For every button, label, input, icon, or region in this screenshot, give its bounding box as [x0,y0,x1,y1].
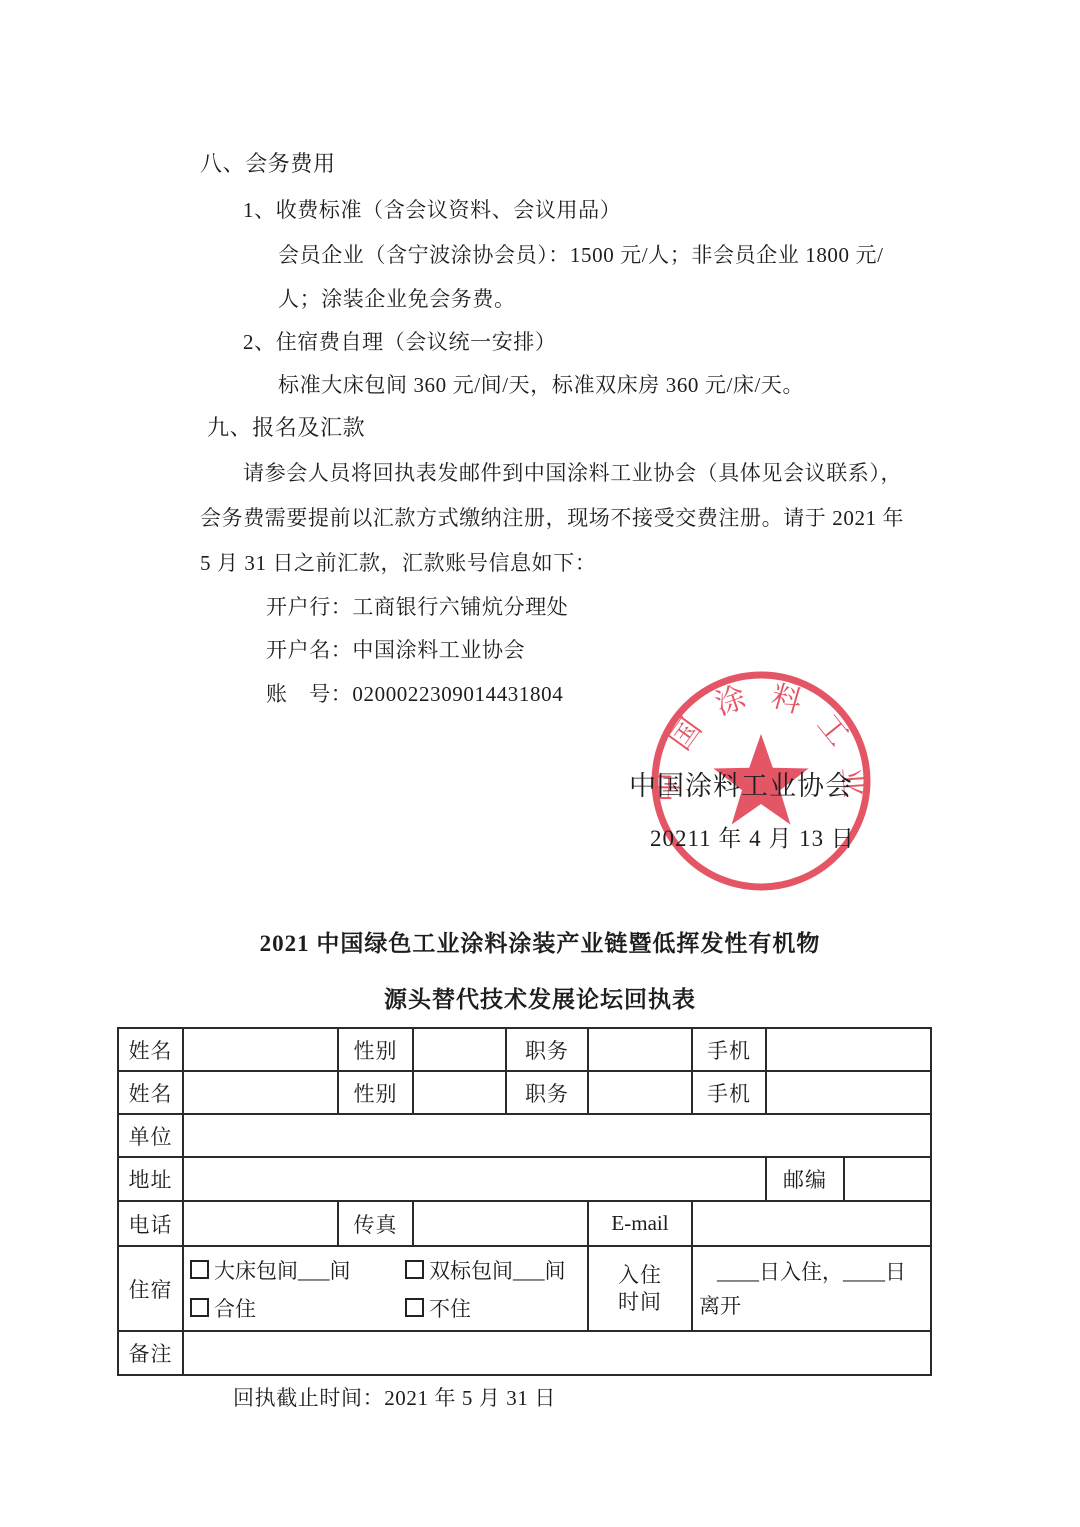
email-label: E-mail [588,1201,692,1246]
document-page: 八、会务费用 1、收费标准（含会议资料、会议用品） 会员企业（含宁波涂协会员）：… [0,0,1080,1527]
name-label: 姓名 [118,1071,183,1114]
email-field[interactable] [692,1201,931,1246]
checkin-label-line1: 入住 [595,1262,685,1289]
remarks-label: 备注 [118,1331,183,1375]
remit-para-line2: 会务费需要提前以汇款方式缴纳注册，现场不接受交费注册。请于 2021 年 [200,503,904,533]
reply-deadline: 回执截止时间：2021 年 5 月 31 日 [233,1383,556,1413]
checkbox-icon[interactable] [405,1298,424,1317]
checkin-dates-line1: ____日入住，____日 [699,1255,924,1289]
table-row-remarks: 备注 [118,1331,931,1375]
unit-field[interactable] [183,1114,931,1157]
account-name-line: 开户名：中国涂料工业协会 [266,635,525,665]
form-title-line2: 源头替代技术发展论坛回执表 [0,981,1080,1014]
checkbox-icon[interactable] [190,1260,209,1279]
position-field-2[interactable] [588,1071,692,1114]
reply-form-table: 姓名 性别 职务 手机 姓名 性别 职务 手机 单位 地址 邮编 [117,1027,932,1376]
table-row-address: 地址 邮编 [118,1157,931,1201]
address-label: 地址 [118,1157,183,1201]
mobile-field-2[interactable] [766,1071,931,1114]
unit-label: 单位 [118,1114,183,1157]
gender-label: 性别 [338,1028,413,1071]
remit-para-line1: 请参会人员将回执表发邮件到中国涂料工业协会（具体见会议联系）， [243,458,902,488]
gender-field-2[interactable] [413,1071,506,1114]
fee-standard-item: 1、收费标准（含会议资料、会议用品） [243,195,621,225]
checkbox-icon[interactable] [405,1260,424,1279]
position-label: 职务 [506,1028,588,1071]
table-row-contacts: 电话 传真 E-mail [118,1201,931,1246]
table-row-unit: 单位 [118,1114,931,1157]
postcode-label: 邮编 [766,1157,844,1201]
checkin-dates-field[interactable]: ____日入住，____日 离开 [692,1246,931,1331]
phone-field[interactable] [183,1201,338,1246]
gender-field-1[interactable] [413,1028,506,1071]
signature-date: 20211 年 4 月 13 日 [650,820,855,853]
gender-label: 性别 [338,1071,413,1114]
mobile-field-1[interactable] [766,1028,931,1071]
checkin-label-line2: 时间 [595,1289,685,1316]
name-field-2[interactable] [183,1071,338,1114]
checkin-time-label: 入住 时间 [588,1246,692,1331]
lodging-option-label: 合住 [214,1293,256,1323]
table-row-attendee1: 姓名 性别 职务 手机 [118,1028,931,1071]
lodging-option-single-room[interactable]: 大床包间___间 [190,1255,405,1285]
postcode-field[interactable] [844,1157,931,1201]
bank-branch-line: 开户行：工商银行六铺炕分理处 [266,592,568,622]
remit-para-line3: 5 月 31 日之前汇款，汇款账号信息如下： [200,548,596,578]
table-row-attendee2: 姓名 性别 职务 手机 [118,1071,931,1114]
section8-heading: 八、会务费用 [200,149,336,179]
fee-detail-line2: 人；涂装企业免会务费。 [278,284,516,314]
form-title-line1: 2021 中国绿色工业涂料涂装产业链暨低挥发性有机物 [0,925,1080,958]
checkin-dates-line2: 离开 [699,1289,924,1323]
name-label: 姓名 [118,1028,183,1071]
lodging-option-twin-room[interactable]: 双标包间___间 [405,1255,566,1285]
lodging-option-none[interactable]: 不住 [405,1293,471,1323]
lodging-options-cell: 大床包间___间 双标包间___间 合住 不住 [183,1246,588,1331]
position-label: 职务 [506,1071,588,1114]
checkbox-icon[interactable] [190,1298,209,1317]
lodging-label: 住宿 [118,1246,183,1331]
mobile-label: 手机 [692,1028,766,1071]
section9-heading: 九、报名及汇款 [207,413,365,443]
lodging-fee-detail: 标准大床包间 360 元/间/天，标准双床房 360 元/床/天。 [278,370,804,400]
mobile-label: 手机 [692,1071,766,1114]
fee-detail-line1: 会员企业（含宁波涂协会员）：1500 元/人；非会员企业 1800 元/ [278,240,884,270]
table-row-lodging: 住宿 大床包间___间 双标包间___间 合住 [118,1246,931,1331]
name-field-1[interactable] [183,1028,338,1071]
lodging-option-label: 双标包间___间 [429,1255,566,1285]
account-number-line: 账 号：0200022309014431804 [266,679,563,709]
lodging-option-label: 大床包间___间 [214,1255,351,1285]
address-field[interactable] [183,1157,766,1201]
lodging-option-label: 不住 [429,1293,471,1323]
lodging-fee-item: 2、住宿费自理（会议统一安排） [243,327,557,357]
fax-field[interactable] [413,1201,588,1246]
fax-label: 传真 [338,1201,413,1246]
signature-org-name: 中国涂料工业协会 [629,764,853,803]
remarks-field[interactable] [183,1331,931,1375]
lodging-option-share[interactable]: 合住 [190,1293,405,1323]
phone-label: 电话 [118,1201,183,1246]
position-field-1[interactable] [588,1028,692,1071]
